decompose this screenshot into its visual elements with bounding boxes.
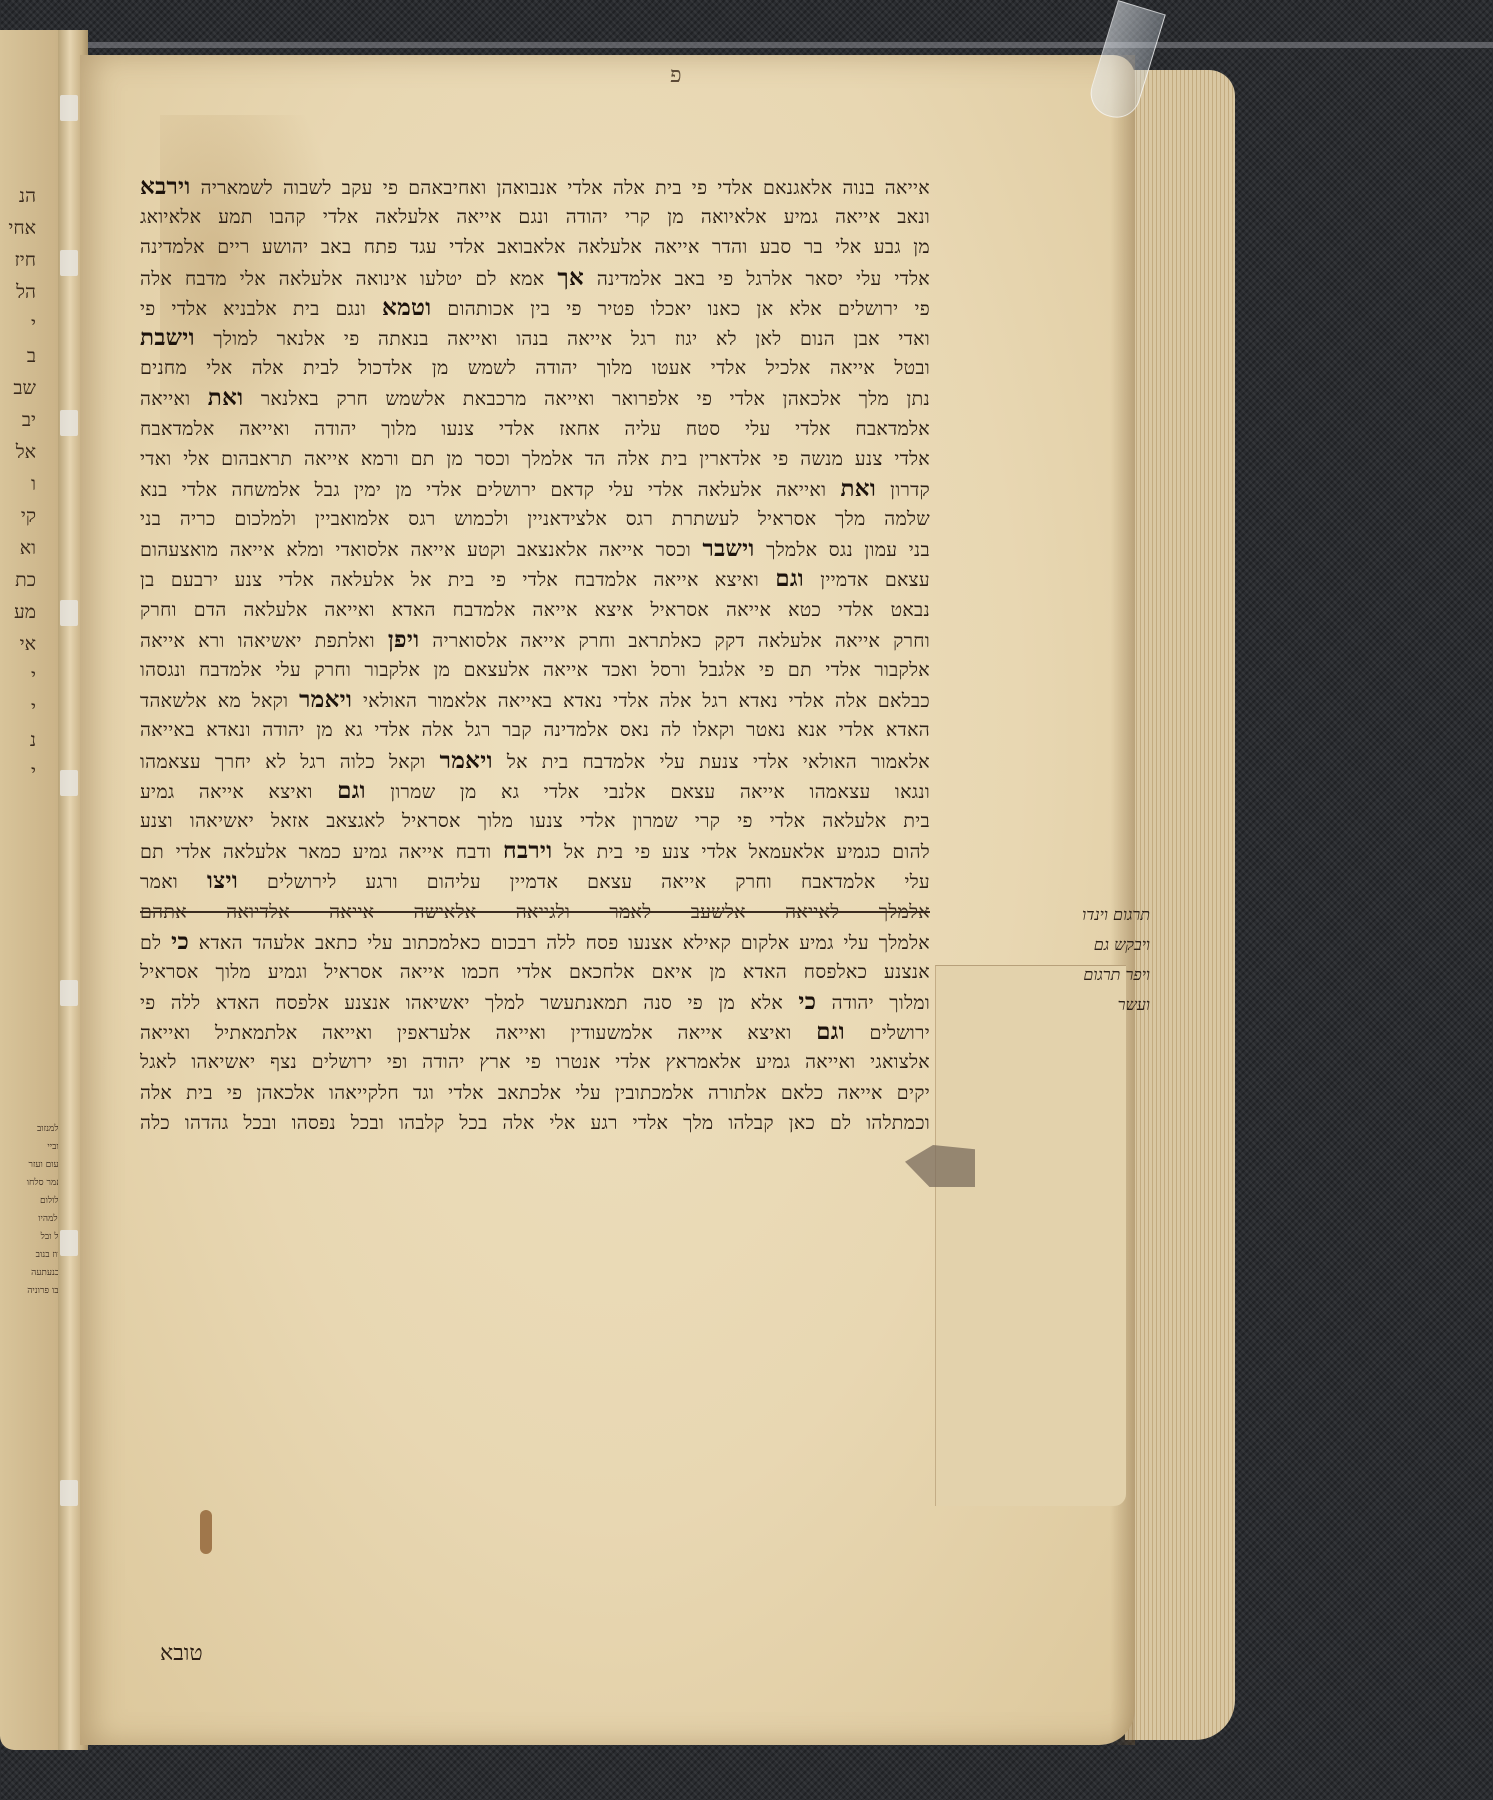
lemma-keyword: וירבא — [140, 173, 191, 200]
text-line: אלדי עלי יסאר אלרגל פי באב אלמדינה אך אמ… — [140, 263, 930, 293]
lemma-keyword: וישבת — [140, 324, 195, 351]
lemma-keyword: ואת — [208, 384, 244, 411]
left-gloss-line: אבו פרוניה — [8, 1282, 64, 1300]
lemma-keyword: ואת — [840, 475, 876, 502]
line-text-continued: ואלתפת יאשיאהו ורא אייאה — [140, 630, 375, 652]
stitch-mark — [60, 95, 78, 121]
line-text: אלצואגי ואייאה — [805, 1051, 930, 1073]
catchword: טובא — [160, 1640, 203, 1666]
text-line: קדרון ואת ואייאה אלעלאה אלדי עלי קדאם יר… — [140, 474, 930, 504]
line-text: נבאט אלדי כטא אייאה אסראיל איצא אייאה אל… — [140, 599, 930, 621]
stitch-mark — [60, 1480, 78, 1506]
line-text-continued: ואיצא אייאה גמיע — [140, 781, 313, 803]
text-line: האדא אלדי אנא נאטר וקאלו לה נאס אלמדינה … — [140, 715, 930, 745]
left-gloss-line: ריוז בנוב — [8, 1246, 64, 1264]
left-gloss-line: מעום ועזר — [8, 1156, 64, 1174]
line-text: אלמלך לאייאה אלשעב לאמר ולגייאה אלאישה א… — [140, 901, 930, 923]
text-line: אלמלך עלי גמיע אלקום קאילא אצנעו פסח ללה… — [140, 927, 930, 957]
left-gloss-line: אל ובל — [8, 1228, 64, 1246]
line-text: אלמדאבח אלדי עלי סטח עליה אחאז אלדי צנעו… — [140, 418, 930, 440]
text-line: אנצנע כאלפסח האדא מן איאם אלחכאם אלדי חכ… — [140, 957, 930, 987]
line-text: ובטל אייאה אלכיל אלדי אעטו מלוך יהודה לש… — [140, 357, 930, 379]
text-line: ונגאו עצאמהו אייאה עצאם אלנבי אלדי גא מן… — [140, 776, 930, 806]
line-text: אלדי עלי יסאר אלרגל פי באב אלמדינה — [597, 268, 930, 290]
text-line: להום כגמיע אלאעמאל אלדי צנע פי בית אל וי… — [140, 836, 930, 866]
lemma-keyword: ויאמר — [299, 686, 352, 713]
line-text: נתן מלך אלכאהן אלדי פי אלפרואר ואייאה מר… — [261, 388, 930, 410]
lemma-keyword: וישבר — [703, 535, 755, 562]
left-page-fragment: י — [2, 756, 36, 788]
stitch-mark — [60, 980, 78, 1006]
lemma-keyword: וירבח — [503, 837, 552, 864]
line-text-continued: אמא לם יטלעו אינואה אלעלאה אלי מדבח אלה — [140, 268, 545, 290]
text-line: ואדי אבן הנום לאן לא יגוז רגל אייאה בנהו… — [140, 323, 930, 353]
left-page-fragment: מע — [2, 596, 36, 628]
left-gloss-line: אלולום — [8, 1192, 64, 1210]
text-line: פי ירושלים אלא אן כאנו יאכלו פטיר פי בין… — [140, 293, 930, 323]
left-page-fragment: שב — [2, 372, 36, 404]
stitch-mark — [60, 770, 78, 796]
left-page-fragment: הל — [2, 276, 36, 308]
text-line: וחרק אייאה אלעלאה דקק כאלתראב וחרק אייאה… — [140, 625, 930, 655]
text-line: וכמתלהו לם כאן קבלהו מלך אלדי רגע אלי אל… — [140, 1108, 930, 1138]
left-page-fragment: ב — [2, 340, 36, 372]
left-page-fragment: י — [2, 660, 36, 692]
line-text: ונגאו עצאמהו אייאה עצאם אלנבי אלדי גא מן… — [390, 781, 930, 803]
text-line: אלצואגי ואייאה גמיע אלאמראץ אלדי אנטרו פ… — [140, 1047, 930, 1077]
text-line: אלמלך לאייאה אלשעב לאמר ולגייאה אלאישה א… — [140, 897, 930, 927]
text-line: אלאמור האולאי אלדי צנעת עלי אלמדבח בית א… — [140, 746, 930, 776]
text-line: אייאה בנוה אלאגנאם אלדי פי בית אלה אלדי … — [140, 172, 930, 202]
left-page-fragment: קי — [2, 500, 36, 532]
text-line: עצאם אדמיין וגם ואיצא אייאה אלמדבח אלדי … — [140, 564, 930, 594]
line-text: מן גבע אלי בר סבע והדר אייאה אלעלאה אלאב… — [140, 236, 930, 258]
left-gloss-line: אלמנזוב — [8, 1120, 64, 1138]
lemma-keyword: כי — [171, 928, 189, 955]
stitch-mark — [60, 410, 78, 436]
left-page-gloss: אלמנזובונוביימעום ועזרואמר סלחואלולוםשלמ… — [8, 1120, 64, 1300]
line-text: אלאמור האולאי אלדי צנעת עלי אלמדבח בית א… — [507, 751, 930, 773]
margin-note-line: תרגום וינדו — [1050, 900, 1150, 930]
left-page-text: הנאחיחיזהליבשביבאלוקיואכתמעאיייני — [2, 180, 36, 788]
left-page-fragment: יב — [2, 404, 36, 436]
text-line: אלדי צנע מנשה פי אלדארין בית אלה הד אלמל… — [140, 444, 930, 474]
margin-note-line: ועשר — [1050, 990, 1150, 1020]
line-text: אייאה בנוה אלאגנאם אלדי פי בית אלה אלדי … — [201, 177, 930, 199]
left-page-fragment: אל — [2, 436, 36, 468]
line-text-continued: ואייאה — [140, 388, 190, 410]
line-text: וכמתלהו לם כאן קבלהו מלך אלדי רגע אלי אל… — [140, 1112, 930, 1134]
line-text: עצאם אדמיין — [820, 569, 930, 591]
stitch-mark — [60, 250, 78, 276]
line-text: ונאב אייאה גמיע אלאיואה מן קרי יהודה ונג… — [140, 206, 930, 228]
line-text-continued: ואיצא אייאה אלמשעודין ואייאה אלעראפין וא… — [140, 1022, 792, 1044]
line-text: אלמלך עלי גמיע אלקום קאילא אצנעו פסח ללה… — [199, 932, 930, 954]
stitch-mark — [60, 1230, 78, 1256]
line-text: ואדי אבן הנום לאן לא יגוז רגל אייאה בנהו… — [213, 328, 930, 350]
text-line: ונאב אייאה גמיע אלאיואה מן קרי יהודה ונג… — [140, 202, 930, 232]
text-line: נבאט אלדי כטא אייאה אסראיל איצא אייאה אל… — [140, 595, 930, 625]
text-line: כבלאם אלה אלדי נאדא רגל אלה אלדי נאדא בא… — [140, 685, 930, 715]
line-text-continued: ואייאה אלעלאה אלדי עלי קדאם ירושלים אלדי… — [140, 479, 826, 501]
lemma-keyword: ויפן — [388, 626, 420, 653]
lemma-keyword: אך — [557, 264, 584, 291]
text-line: אלמדאבח אלדי עלי סטח עליה אחאז אלדי צנעו… — [140, 414, 930, 444]
line-text-continued: ונגם בית אלבניא אלדי פי — [140, 298, 366, 320]
line-text: כבלאם אלה אלדי נאדא רגל אלה אלדי נאדא בא… — [363, 690, 930, 712]
margin-note-line: ויבקש גם — [1050, 930, 1150, 960]
left-page-fragment: י — [2, 308, 36, 340]
line-text: אלדי צנע מנשה פי אלדארין בית אלה הד אלמל… — [140, 448, 930, 470]
margin-annotation: תרגום וינדוויבקש גםויפר תרגוםועשר — [1050, 900, 1150, 1020]
left-page-fragment: אחי — [2, 212, 36, 244]
left-page-fragment: הנ — [2, 180, 36, 212]
text-line: עלי אלמדאבח וחרק אייאה עצאם אדמיין עליהו… — [140, 866, 930, 896]
folio-mark: פ — [670, 62, 682, 88]
text-line: ומלוך יהודה כי אלא מן פי סנה תמאנתעשר למ… — [140, 987, 930, 1017]
line-text: אנצנע כאלפסח האדא מן איאם אלחכאם אלדי חכ… — [140, 961, 930, 983]
left-gloss-line: שלמהיו — [8, 1210, 64, 1228]
line-text: וחרק אייאה אלעלאה דקק כאלתראב וחרק אייאה… — [432, 630, 930, 652]
text-line: מן גבע אלי בר סבע והדר אייאה אלעלאה אלאב… — [140, 232, 930, 262]
text-line: בני עמון נגס אלמלך וישבר וכסר אייאה אלאנ… — [140, 534, 930, 564]
lemma-keyword: וגם — [775, 565, 804, 592]
left-page-fragment: וא — [2, 532, 36, 564]
stitch-mark — [60, 600, 78, 626]
text-line: שלמה מלך אסראיל לעשתרת רגס אלצידאניין ול… — [140, 504, 930, 534]
paper-repair-patch — [935, 965, 1126, 1506]
line-text-continued: ואמר — [140, 871, 178, 893]
lemma-keyword: וטמא — [382, 294, 431, 321]
left-page-fragment: ו — [2, 468, 36, 500]
line-text: עלי אלמדאבח וחרק אייאה עצאם אדמיין עליהו… — [267, 871, 930, 893]
line-text: שלמה מלך אסראיל לעשתרת רגס אלצידאניין ול… — [140, 508, 930, 530]
line-text-continued: לם — [140, 932, 161, 954]
line-text: פי ירושלים אלא אן כאנו יאכלו פטיר פי בין… — [447, 298, 930, 320]
left-page-fragment: י — [2, 692, 36, 724]
line-text: קדרון — [890, 479, 930, 501]
text-line: יקים אייאה כלאם אלתורה אלמכתובין עלי אלכ… — [140, 1078, 930, 1108]
text-line: נתן מלך אלכאהן אלדי פי אלפרואר ואייאה מר… — [140, 383, 930, 413]
left-gloss-line: ואמר סלחו — [8, 1174, 64, 1192]
text-line: בית אלעלאה אלדי פי קרי שמרון אלדי צנעו מ… — [140, 806, 930, 836]
line-text: ירושלים — [870, 1022, 930, 1044]
line-text: בית אלעלאה אלדי פי קרי שמרון אלדי צנעו מ… — [326, 810, 930, 832]
text-line: ובטל אייאה אלכיל אלדי אעטו מלוך יהודה לש… — [140, 353, 930, 383]
text-line: ירושלים וגם ואיצא אייאה אלמשעודין ואייאה… — [140, 1017, 930, 1047]
ink-stain — [200, 1510, 212, 1554]
left-page-fragment: כת — [2, 564, 36, 596]
line-text-continued: ואיצא אייאה אלמדבח אלדי פי בית אל אלעלאה… — [140, 569, 759, 591]
line-text-continued: וקאל כלוה רגל לא יחרך עצאמהו — [140, 751, 426, 773]
line-text-continued: אלא מן פי סנה תמאנתעשר למלך יאשיאהו אנצנ… — [140, 992, 783, 1014]
line-text-continued: גמיע אלאמראץ אלדי אנטרו פי ארץ יהודה ופי… — [140, 1051, 790, 1073]
line-text-continued: ודבח אייאה גמיע כמאר אלעלאה אלדי תם — [140, 841, 491, 863]
lemma-keyword: וגם — [337, 777, 366, 804]
line-text: יקים אייאה כלאם אלתורה אלמכתובין עלי אלכ… — [140, 1082, 930, 1104]
left-page-fragment: חיז — [2, 244, 36, 276]
line-text: אלקבור אלדי תם פי אלגבל ורסל ואכד אייאה … — [140, 659, 930, 681]
line-text: האדא אלדי אנא נאטר וקאלו לה נאס אלמדינה … — [140, 719, 930, 741]
left-gloss-line: פבנעתעה — [8, 1264, 64, 1282]
line-text: ומלוך יהודה — [832, 992, 930, 1014]
left-gloss-line: ונוביי — [8, 1138, 64, 1156]
main-text-block: אייאה בנוה אלאגנאם אלדי פי בית אלה אלדי … — [140, 172, 930, 1138]
line-text-continued: וקאל מא אלשאהד — [140, 690, 288, 712]
lemma-keyword: ויאמר — [440, 747, 493, 774]
margin-note-line: ויפר תרגום — [1050, 960, 1150, 990]
line-text: בני עמון נגס אלמלך — [766, 539, 930, 561]
lemma-keyword: וגם — [816, 1018, 845, 1045]
cover-edge — [0, 42, 1493, 48]
line-text-continued: וכסר אייאה אלאנצאב וקטע אייאה אלסואדי ומ… — [140, 539, 691, 561]
text-line: אלקבור אלדי תם פי אלגבל ורסל ואכד אייאה … — [140, 655, 930, 685]
left-page-fragment: אי — [2, 628, 36, 660]
left-page-fragment: נ — [2, 724, 36, 756]
lemma-keyword: ויצו — [207, 867, 238, 894]
line-text: להום כגמיע אלאעמאל אלדי צנע פי בית אל — [564, 841, 930, 863]
lemma-keyword: כי — [798, 988, 816, 1015]
line-text-continued: אזאל יאשיאהו וצנע — [140, 810, 309, 832]
